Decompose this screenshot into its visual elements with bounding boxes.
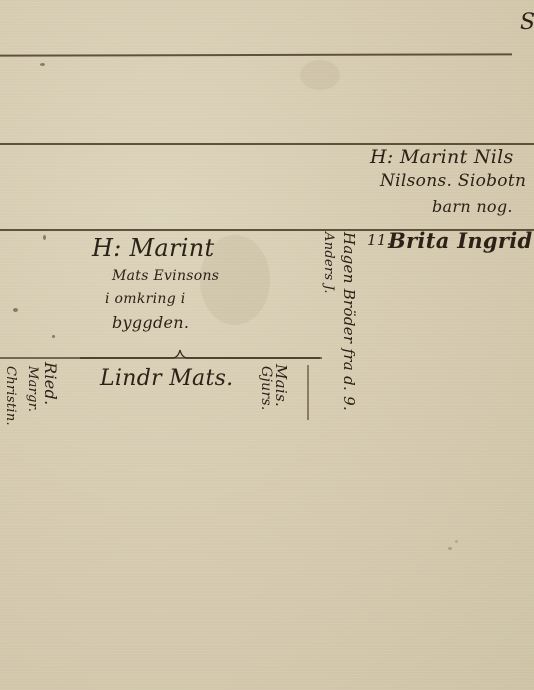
child-name: Lindr Mats. (100, 366, 233, 391)
entry-center-line-1: H: Marint (92, 234, 214, 262)
ink-spot (52, 335, 55, 338)
brace-mark (80, 346, 320, 366)
bleed-through-mark (300, 60, 340, 90)
entry-center-line-3: i omkring i (105, 291, 186, 307)
ink-spot (455, 540, 458, 543)
ink-spot (40, 63, 45, 66)
vertical-note-col1-line1: Hagen Bröder fra d. 9. (340, 232, 358, 411)
ink-spot (13, 308, 18, 312)
entry-right-line-3: barn nog. (432, 197, 513, 216)
ruled-line-2 (0, 143, 534, 145)
vertical-note-col2-line2: Gjurs. (258, 366, 274, 411)
entry-name: Brita Ingrid. (388, 228, 534, 253)
entry-right-line-2: Nilsons. Siobotn (380, 171, 526, 191)
ink-spot (448, 547, 452, 550)
entry-center-line-4: byggden. (112, 313, 189, 332)
left-edge-note-line2: Margr. (25, 366, 40, 412)
left-edge-note-line3: Christin. (3, 366, 18, 426)
left-edge-note-line1: Ried. (41, 362, 60, 405)
vertical-note-col2-line1: Mais. (272, 364, 290, 407)
ruled-line-1 (0, 53, 512, 56)
entry-right-line-1: H: Marint Nils (370, 146, 514, 168)
manuscript-page: S H: Marint Nils Nilsons. Siobotn barn n… (0, 0, 534, 690)
entry-center-line-2: Mats Evinsons (112, 268, 219, 284)
ink-spot (43, 235, 46, 240)
vertical-note-col1-line2: Anders J. (321, 232, 336, 294)
column-stroke (307, 365, 309, 420)
page-corner-fragment: S (520, 10, 534, 35)
